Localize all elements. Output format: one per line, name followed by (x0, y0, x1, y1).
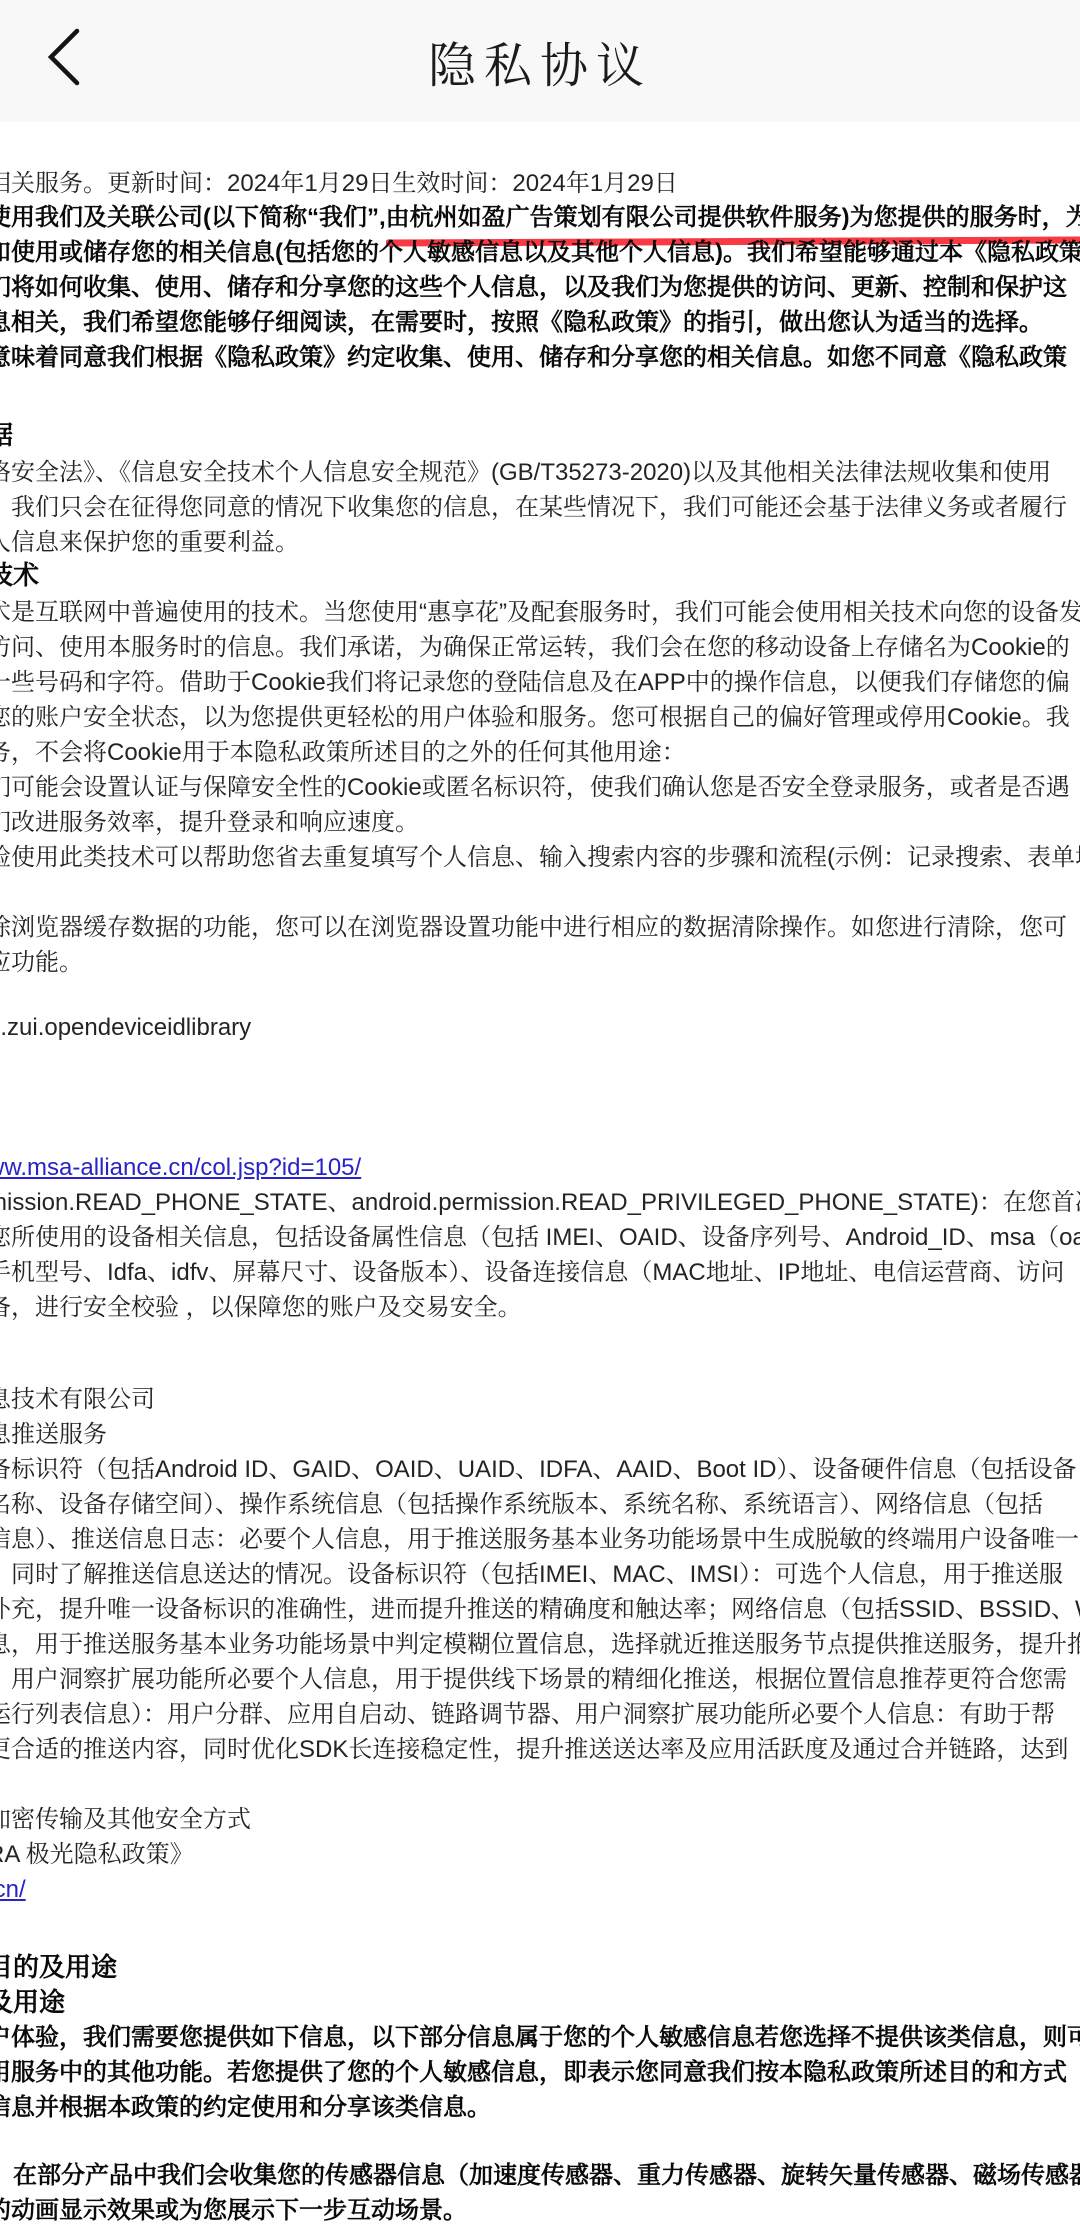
text-line: 息技术有限公司 (0, 1382, 155, 1417)
text-line: 相关服务。更新时间：2024年1月29日生效时间：2024年1月29日 (0, 166, 678, 201)
text-line: 备标识符（包括Android ID、GAID、OAID、UAID、IDFA、AA… (0, 1452, 1076, 1487)
text-line: 息相关，我们希望您能够仔细阅读，在需要时，按照《隐私政策》的指引，做出您认为适当… (0, 305, 1043, 340)
text-line: 术是互联网中普遍使用的技术。当您使用“惠享花”及配套服务时，我们可能会使用相关技… (0, 595, 1080, 630)
text-line: 运行列表信息）：用户分群、应用自启动、链路调节器、用户洞察扩展功能所必要个人信息… (0, 1697, 1055, 1732)
text-line: 您的账户安全状态，以为您提供更轻松的用户体验和服务。您可根据自己的偏好管理或停用… (0, 700, 1070, 735)
text-line: 。我们只会在征得您同意的情况下收集您的信息，在某些情况下，我们可能还会基于法律义… (0, 490, 1067, 525)
text-line: mission.READ_PHONE_STATE、android.permiss… (0, 1185, 1080, 1220)
text-line: 和使用或储存您的相关信息(包括您的个人敏感信息以及其他个人信息)。我们希望能够通… (0, 235, 1080, 270)
text-line: 息，用于推送服务基本业务功能场景中判定模糊位置信息，选择就近推送服务节点提供推送… (0, 1627, 1080, 1662)
text-line: n.zui.opendeviceidlibrary (0, 1010, 251, 1045)
page-title: 隐私协议 (0, 0, 1080, 122)
text-line: 名称、设备存储空间）、操作系统信息（包括操作系统版本、系统名称、系统语言）、网络… (0, 1487, 1043, 1522)
text-line: 在部分产品中我们会收集您的传感器信息（加速度传感器、重力传感器、旋转矢量传感器、… (0, 2158, 1080, 2193)
text-line: 备，进行安全校验 ，以保障您的账户及交易安全。 (0, 1290, 522, 1325)
link[interactable]: .cn/ (0, 1872, 26, 1907)
link[interactable]: ww.msa-alliance.cn/col.jsp?id=105/ (0, 1150, 361, 1185)
text-line: 信息）、推送信息日志：必要个人信息，用于推送服务基本业务功能场景中生成脱敏的终端… (0, 1522, 1079, 1557)
text-line: 使用我们及关联公司(以下简称“我们”,由杭州如盈广告策划有限公司提供软件服务)为… (0, 200, 1080, 235)
text-line: 目的及用途 (0, 1950, 117, 1985)
text-line: 用服务中的其他功能。若您提供了您的个人敏感信息，即表示您同意我们按本隐私政策所述… (0, 2055, 1067, 2090)
text-line: 更合适的推送内容，同时优化SDK长连接稳定性，提升推送送达率及应用活跃度及通过合… (0, 1732, 1068, 1767)
text-line: 手机型号、Idfa、idfv、屏幕尺寸、设备版本）、设备连接信息（MAC地址、I… (0, 1255, 1064, 1290)
text-line: 们将如何收集、使用、储存和分享您的这些个人信息，以及我们为您提供的访问、更新、控… (0, 270, 1067, 305)
text-line: 加密传输及其他安全方式 (0, 1802, 251, 1837)
text-line: 访问、使用本服务时的信息。我们承诺，为确保正常运转，我们会在您的移动设备上存储名… (0, 630, 1070, 665)
document-body: 相关服务。更新时间：2024年1月29日生效时间：2024年1月29日使用我们及… (0, 0, 1080, 2239)
text-line: 技术 (0, 558, 39, 593)
text-line: 您所使用的设备相关信息，包括设备属性信息（包括 IMEI、OAID、设备序列号、… (0, 1220, 1080, 1255)
text-line: 息推送服务 (0, 1417, 107, 1452)
text-line: 应功能。 (0, 945, 83, 980)
text-line: 验使用此类技术可以帮助您省去重复填写个人信息、输入搜索内容的步骤和流程(示例：记… (0, 840, 1080, 875)
text-line: 、用户洞察扩展功能所必要个人信息，用于提供线下场景的精细化推送，根据位置信息推荐… (0, 1662, 1067, 1697)
text-line: 除浏览器缓存数据的功能，您可以在浏览器设置功能中进行相应的数据清除操作。如您进行… (0, 910, 1067, 945)
text-line: 据 (0, 418, 13, 453)
app-bar: 隐私协议 (0, 0, 1080, 122)
text-line: ，同时了解推送信息送达的情况。设备标识符（包括IMEI、MAC、IMSI）：可选… (0, 1557, 1063, 1592)
text-line: RA 极光隐私政策》 (0, 1837, 194, 1872)
text-line: 们可能会设置认证与保障安全性的Cookie或匿名标识符，使我们确认您是否安全登录… (0, 770, 1070, 805)
text-line: 们改进服务效率，提升登录和响应速度。 (0, 805, 419, 840)
text-line: 及用途 (0, 1985, 65, 2020)
text-line: 补充，提升唯一设备标识的准确性，进而提升推送的精确度和触达率；网络信息（包括SS… (0, 1592, 1080, 1627)
text-line: 务，不会将Cookie用于本隐私政策所述目的之外的任何其他用途： (0, 735, 686, 770)
text-line: 人信息来保护您的重要利益。 (0, 525, 299, 560)
text-line: 一些号码和字符。借助于Cookie我们将记录您的登陆信息及在APP中的操作信息，… (0, 665, 1070, 700)
text-line: 信息并根据本政策的约定使用和分享该类信息。 (0, 2090, 491, 2125)
text-line: 络安全法》、《信息安全技术个人信息安全规范》(GB/T35273-2020)以及… (0, 455, 1051, 490)
text-line: 户体验，我们需要您提供如下信息，以下部分信息属于您的个人敏感信息若您选择不提供该… (0, 2020, 1080, 2055)
text-line: 的动画显示效果或为您展示下一步互动场景。 (0, 2193, 467, 2228)
text-line: 意味着同意我们根据《隐私政策》约定收集、使用、储存和分享您的相关信息。如您不同意… (0, 340, 1067, 375)
